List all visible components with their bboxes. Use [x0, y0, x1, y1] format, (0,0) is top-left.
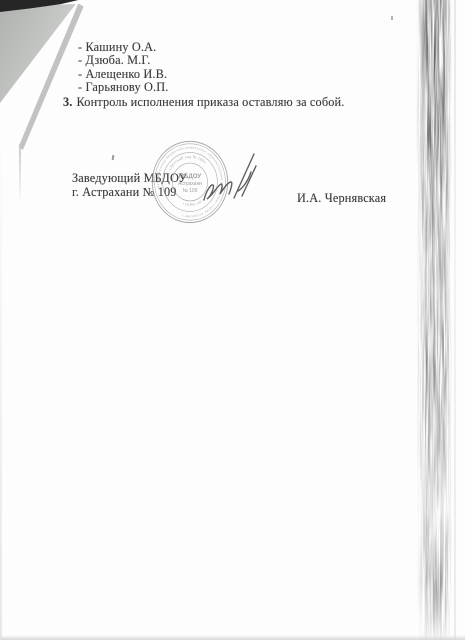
scanned-document-page: - Кашину О.А. - Дзюба. М.Г. - Алещенко И… — [0, 0, 465, 640]
order-item-number: 3. — [63, 95, 73, 109]
handwritten-signature — [194, 144, 264, 212]
order-item-text: Контроль исполнения приказа оставляю за … — [77, 95, 345, 109]
recipients-list: - Кашину О.А. - Дзюба. М.Г. - Алещенко И… — [78, 41, 169, 95]
recipient-item: - Дзюба. М.Г. — [78, 54, 169, 67]
scan-speck — [391, 16, 393, 20]
scan-noise-band — [416, 0, 452, 640]
scan-left-edge — [0, 110, 2, 638]
scan-fold-shadow — [0, 3, 78, 103]
recipient-item: - Алещенко И.В. — [78, 68, 169, 81]
scan-fold-crease-tail — [19, 144, 21, 204]
scan-noise-fade — [416, 0, 452, 640]
scan-speck — [112, 155, 114, 160]
signature-strokes — [204, 154, 256, 200]
signee-name: И.А. Чернявская — [297, 191, 386, 206]
scan-bottom-edge — [0, 635, 465, 640]
order-item-3: 3.Контроль исполнения приказа оставляю з… — [63, 95, 345, 110]
recipient-item: - Кашину О.А. — [78, 41, 169, 54]
scan-edge-line — [454, 0, 456, 640]
recipient-item: - Гарьянову О.П. — [78, 81, 169, 94]
